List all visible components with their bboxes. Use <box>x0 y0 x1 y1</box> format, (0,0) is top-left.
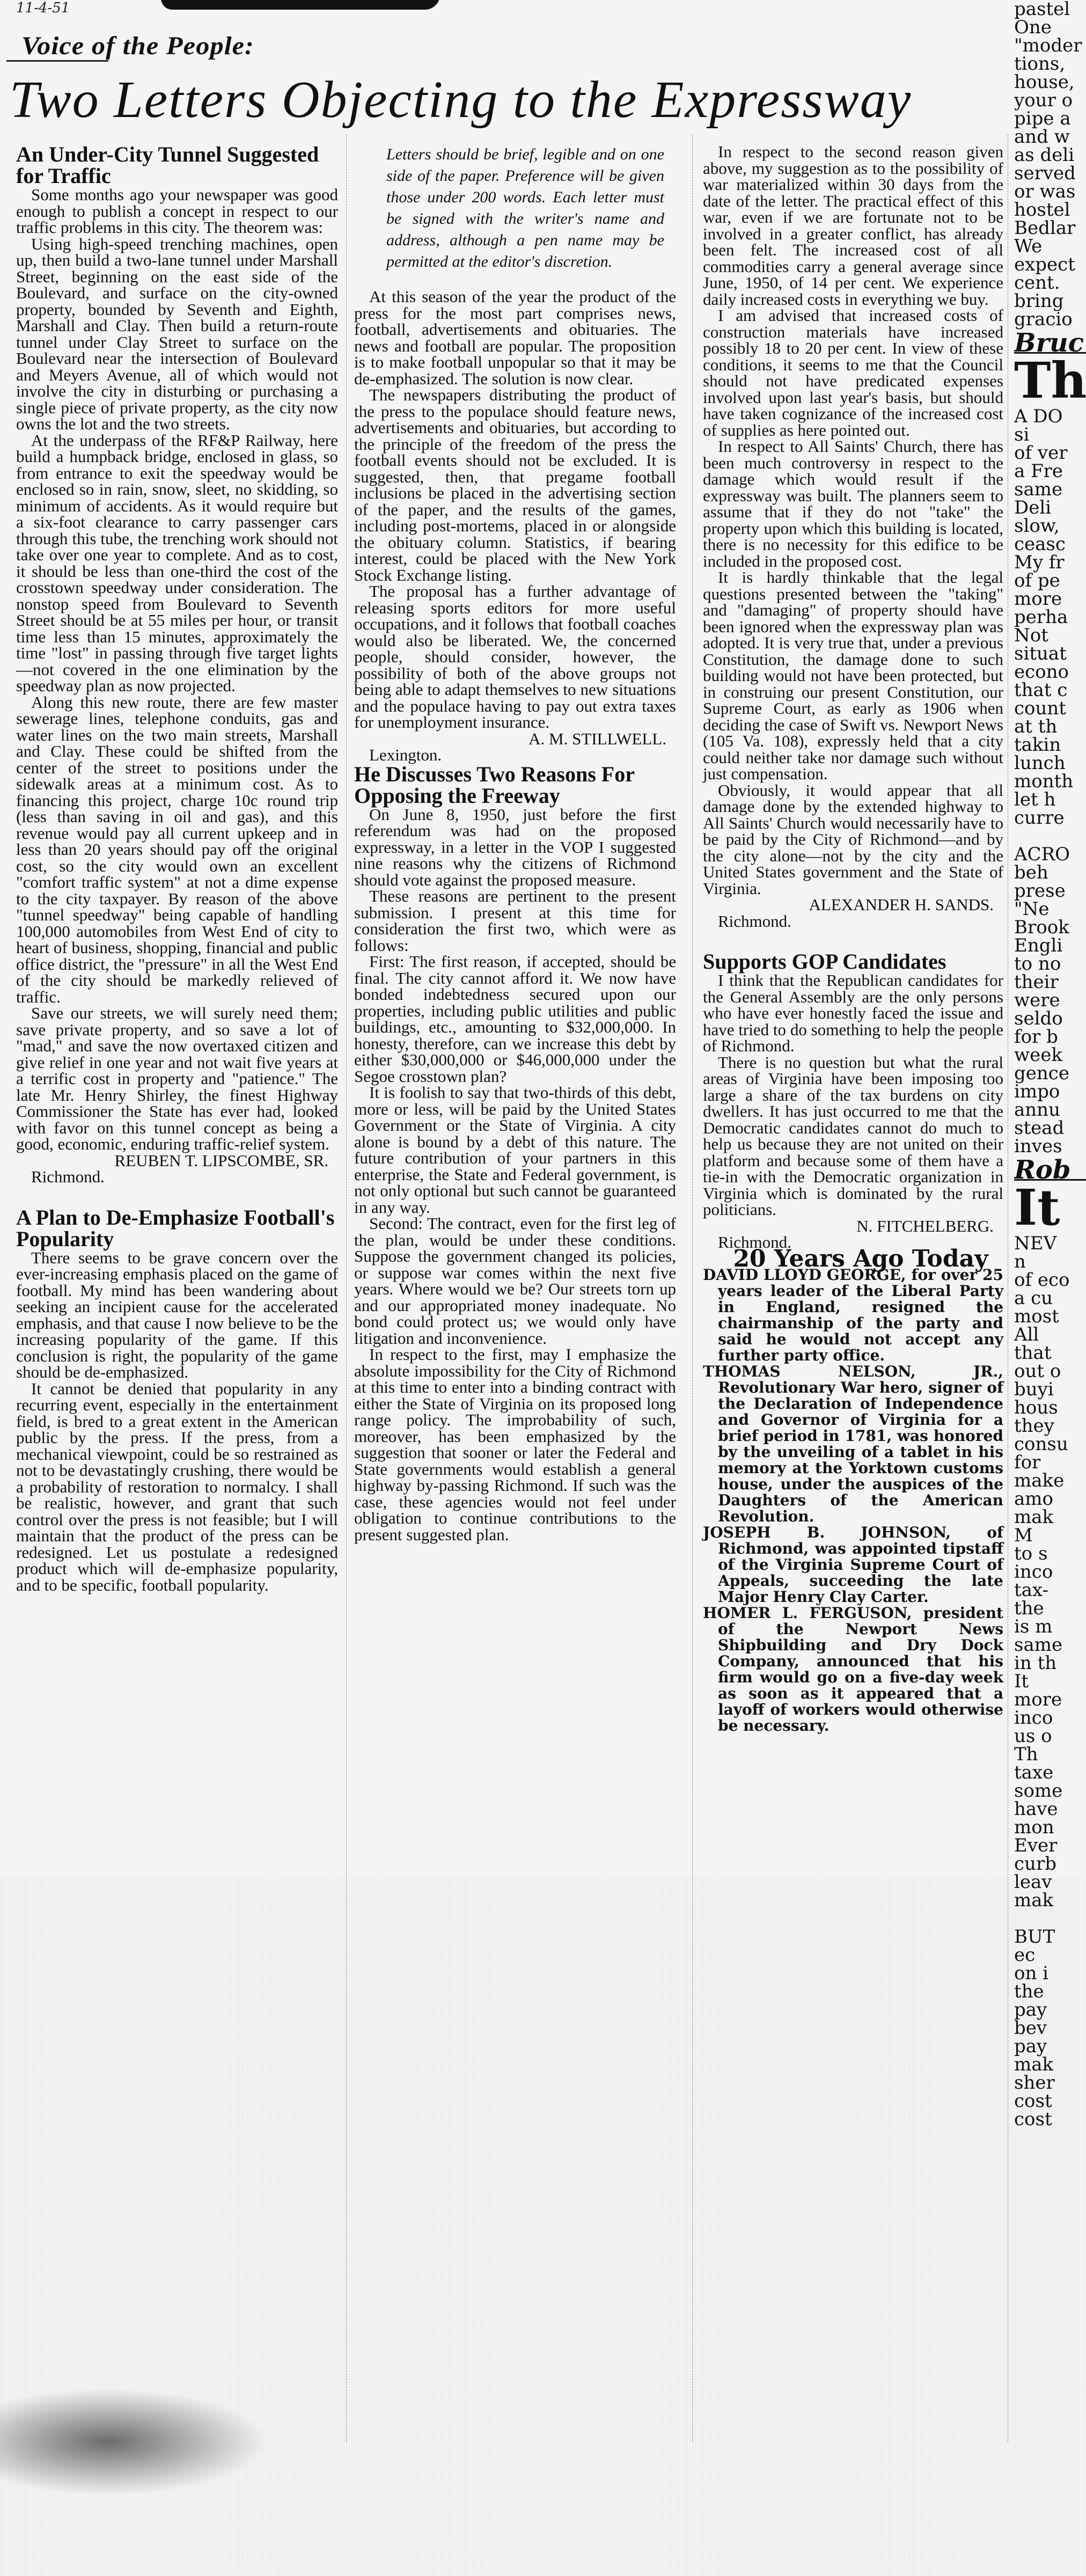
adjacent-text-line: "moder <box>1014 36 1086 55</box>
adjacent-text-line: M <box>1014 1526 1086 1545</box>
adjacent-text-line: slow, <box>1014 517 1086 535</box>
adjacent-text-line: to s <box>1014 1545 1086 1563</box>
adjacent-text-line: as deli <box>1014 146 1086 164</box>
letter-paragraph: In respect to the first, may I emphasize… <box>354 1346 676 1543</box>
history-item: David Lloyd George, for over 25 years le… <box>703 1267 1003 1364</box>
letter-heading: A Plan to De-Emphasize Football's Popula… <box>16 1207 338 1250</box>
adjacent-text-line: bev <box>1014 2019 1086 2037</box>
letter-place: Richmond. <box>703 913 1003 930</box>
adjacent-text-line: cost <box>1014 2092 1086 2110</box>
adjacent-text-line <box>1014 827 1086 845</box>
history-item-text: Revolutionary War hero, signer of the De… <box>718 1379 1003 1525</box>
adjacent-text-line: Brook <box>1014 918 1086 936</box>
adjacent-text-line: inves <box>1014 1137 1086 1155</box>
adjacent-text-line: NEV <box>1014 1234 1086 1253</box>
adjacent-text-line: bring <box>1014 292 1086 310</box>
adjacent-text-line: We <box>1014 237 1086 255</box>
adjacent-text-line: taxe <box>1014 1763 1086 1782</box>
adjacent-text-line: pay <box>1014 2037 1086 2055</box>
adjacent-text-line: econo <box>1014 663 1086 681</box>
adjacent-text-line: on i <box>1014 1964 1086 1982</box>
adjacent-text-line: It <box>1014 1672 1086 1690</box>
adjacent-text-line: to no <box>1014 955 1086 973</box>
letter-paragraph: I am advised that increased costs of con… <box>703 308 1003 438</box>
letter-football: A Plan to De-Emphasize Football's Popula… <box>16 1207 338 1594</box>
adjacent-text-line: pipe a <box>1014 109 1086 128</box>
editor-note: Letters should be brief, legible and on … <box>354 144 676 289</box>
letter-paragraph: First: The first reason, if accepted, sh… <box>354 954 676 1085</box>
history-item: Joseph B. Johnson, of Richmond, was appo… <box>703 1525 1003 1605</box>
adjacent-text-line: Ever <box>1014 1836 1086 1855</box>
adjacent-text-line: seldo <box>1014 1009 1086 1028</box>
adjacent-text-line: cost <box>1014 2110 1086 2128</box>
adjacent-text-line: ec <box>1014 1946 1086 1964</box>
adjacent-text-line: that <box>1014 1344 1086 1362</box>
column-1: An Under-City Tunnel Suggested for Traff… <box>16 144 338 1593</box>
adjacent-text-line: the <box>1014 1982 1086 2001</box>
adjacent-text-line: let h <box>1014 791 1086 809</box>
adjacent-text-line: consu <box>1014 1435 1086 1453</box>
adjacent-text-line: in th <box>1014 1654 1086 1672</box>
letter-place: Lexington. <box>354 747 676 764</box>
adjacent-text-line: Th <box>1014 1745 1086 1763</box>
adjacent-text-line: us o <box>1014 1727 1086 1745</box>
adjacent-text-line: Engli <box>1014 936 1086 955</box>
adjacent-text-line: impo <box>1014 1082 1086 1101</box>
adjacent-text-line: hostel <box>1014 201 1086 219</box>
adjacent-text-line: gracio <box>1014 310 1086 328</box>
adjacent-text-line: make <box>1014 1472 1086 1490</box>
adjacent-text-line: si <box>1014 426 1086 444</box>
adjacent-text-line: for b <box>1014 1028 1086 1046</box>
adjacent-text-line: curre <box>1014 809 1086 827</box>
adjacent-text-line: A DO <box>1014 407 1086 426</box>
adjacent-text-line: is m <box>1014 1618 1086 1636</box>
letter-paragraph: Save our streets, we will surely need th… <box>16 1005 338 1153</box>
page-headline: Two Letters Objecting to the Expressway <box>10 70 912 130</box>
adjacent-text-line: or was <box>1014 182 1086 201</box>
history-item-lead: David Lloyd George, <box>703 1266 906 1284</box>
adjacent-text-line: inco <box>1014 1709 1086 1727</box>
letter-signature: REUBEN T. LIPSCOMBE, SR. <box>16 1153 338 1169</box>
letter-paragraph: Along this new route, there are few mast… <box>16 694 338 1006</box>
adjacent-text-line: a cu <box>1014 1289 1086 1307</box>
letter-paragraph: There seems to be grave concern over the… <box>16 1250 338 1381</box>
adjacent-text-line: prese <box>1014 882 1086 900</box>
adjacent-section-title: Th <box>1014 354 1086 407</box>
adjacent-text-line: buyi <box>1014 1380 1086 1399</box>
letter-paragraph: At this season of the year the product o… <box>354 289 676 387</box>
adjacent-text-line: count <box>1014 699 1086 718</box>
adjacent-text-line: perha <box>1014 608 1086 626</box>
ink-smudge <box>0 2388 268 2495</box>
history-item-lead: Thomas Nelson, Jr., <box>703 1363 1003 1380</box>
adjacent-text-line: month <box>1014 772 1086 791</box>
letter-heading: He Discusses Two Reasons For Opposing th… <box>354 764 676 807</box>
adjacent-text-line: My fr <box>1014 553 1086 572</box>
adjacent-text-line: of eco <box>1014 1271 1086 1289</box>
letter-paragraph: The proposal has a further advantage of … <box>354 583 676 731</box>
letter-paragraph: Obviously, it would appear that all dama… <box>703 782 1003 897</box>
date-mark: 11-4-51 <box>16 0 70 16</box>
history-item-lead: Homer L. Ferguson, <box>703 1604 912 1622</box>
adjacent-text-line: leav <box>1014 1873 1086 1891</box>
letter-heading: An Under-City Tunnel Suggested for Traff… <box>16 144 338 187</box>
masthead-rule <box>6 60 108 62</box>
letter-paragraph: These reasons are pertinent to the prese… <box>354 888 676 954</box>
adjacent-text-line: same <box>1014 1636 1086 1654</box>
adjacent-text-line: week <box>1014 1046 1086 1064</box>
twenty-years-heading: 20 Years Ago Today <box>703 1251 1003 1268</box>
adjacent-text-line: and w <box>1014 128 1086 146</box>
adjacent-text-line: beh <box>1014 863 1086 882</box>
adjacent-text-line: mak <box>1014 2055 1086 2074</box>
letter-paragraph: I think that the Republican candidates f… <box>703 972 1003 1055</box>
section-masthead: Voice of the People: <box>21 31 254 61</box>
adjacent-text-line: served <box>1014 164 1086 182</box>
adjacent-text-line: tions, <box>1014 55 1086 73</box>
letter-paragraph: It is foolish to say that two-thirds of … <box>354 1085 676 1216</box>
history-item-lead: Joseph B. Johnson, <box>703 1524 951 1541</box>
adjacent-text-line: expect <box>1014 255 1086 274</box>
adjacent-text-line: tax- <box>1014 1581 1086 1599</box>
adjacent-text-line: of ver <box>1014 444 1086 462</box>
adjacent-text-line <box>1014 1909 1086 1928</box>
column-divider <box>346 134 347 2442</box>
column-divider <box>1008 134 1009 2442</box>
adjacent-text-line: more <box>1014 1690 1086 1709</box>
adjacent-text-line: the <box>1014 1599 1086 1618</box>
adjacent-text-line: mon <box>1014 1818 1086 1836</box>
letter-paragraph: Some months ago your newspaper was good … <box>16 187 338 236</box>
adjacent-text-line: that c <box>1014 681 1086 699</box>
column-2: Letters should be brief, legible and on … <box>354 144 676 1543</box>
adjacent-text-line: takin <box>1014 736 1086 754</box>
newspaper-page: 11-4-51 Voice of the People: Two Letters… <box>0 0 1086 2576</box>
letter-paragraph: In respect to the second reason given ab… <box>703 144 1003 308</box>
letter-gop: Supports GOP Candidates I think that the… <box>703 951 1003 1251</box>
history-item: Homer L. Ferguson, president of the Newp… <box>703 1605 1003 1734</box>
adjacent-column-cropped: pastelOne"modertions,house,your opipe aa… <box>1014 0 1086 2128</box>
column-3: In respect to the second reason given ab… <box>703 144 1003 1734</box>
letter-paragraph: It is hardly thinkable that the legal qu… <box>703 569 1003 782</box>
letter-freeway: He Discusses Two Reasons For Opposing th… <box>354 764 676 1543</box>
adjacent-text-line: mak <box>1014 1508 1086 1526</box>
letter-paragraph: In respect to All Saints' Church, there … <box>703 438 1003 569</box>
adjacent-text-line: more <box>1014 590 1086 608</box>
adjacent-text-line: inco <box>1014 1563 1086 1581</box>
adjacent-text-line: Bedlar <box>1014 219 1086 237</box>
adjacent-text-line: house, <box>1014 73 1086 91</box>
adjacent-text-line: same <box>1014 480 1086 499</box>
adjacent-text-line: their <box>1014 973 1086 991</box>
adjacent-text-line: amo <box>1014 1490 1086 1508</box>
adjacent-text-line: lunch <box>1014 754 1086 772</box>
adjacent-text-line: hous <box>1014 1399 1086 1417</box>
adjacent-text-line: ceasc <box>1014 535 1086 553</box>
column-divider <box>692 134 693 2442</box>
adjacent-top-lines: pastelOne"modertions,house,your opipe aa… <box>1014 0 1086 328</box>
letter-paragraph: Second: The contract, even for the first… <box>354 1216 676 1346</box>
adjacent-text-line: curb <box>1014 1855 1086 1873</box>
adjacent-text-line: All <box>1014 1326 1086 1344</box>
adjacent-text-line: of pe <box>1014 572 1086 590</box>
adjacent-text-line: n <box>1014 1253 1086 1271</box>
adjacent-text-line: annu <box>1014 1101 1086 1119</box>
adjacent-section-kicker: Bruc <box>1014 334 1086 354</box>
adjacent-text-line: stead <box>1014 1119 1086 1137</box>
adjacent-text-line: for <box>1014 1453 1086 1472</box>
adjacent-text-line: Not <box>1014 626 1086 645</box>
letter-tunnel: An Under-City Tunnel Suggested for Traff… <box>16 144 338 1185</box>
letter-paragraph: There is no question but what the rural … <box>703 1055 1003 1218</box>
letter-paragraph: The newspapers distributing the product … <box>354 387 676 583</box>
letter-paragraph: It cannot be denied that popularity in a… <box>16 1381 338 1594</box>
letter-paragraph: Using high-speed trenching machines, ope… <box>16 236 338 433</box>
adjacent-text-line: sher <box>1014 2074 1086 2092</box>
adjacent-text-line: most <box>1014 1307 1086 1326</box>
history-item-text: president of the Newport News Shipbuildi… <box>718 1604 1003 1735</box>
adjacent-text-line: One <box>1014 18 1086 36</box>
adjacent-text-line: pastel <box>1014 0 1086 18</box>
letter-place: Richmond. <box>16 1169 338 1185</box>
adjacent-text-line: they <box>1014 1417 1086 1435</box>
adjacent-text-line: at th <box>1014 718 1086 736</box>
adjacent-text-line: your o <box>1014 91 1086 109</box>
adjacent-text-line: out o <box>1014 1362 1086 1380</box>
adjacent-text-line: pay <box>1014 2001 1086 2019</box>
adjacent-text-line: were <box>1014 991 1086 1009</box>
adjacent-text-line: BUT <box>1014 1928 1086 1946</box>
letter-signature: ALEXANDER H. SANDS. <box>703 897 1003 913</box>
adjacent-text-line: Deli <box>1014 499 1086 517</box>
adjacent-text-line: some <box>1014 1782 1086 1800</box>
letter-paragraph: At the underpass of the RF&P Railway, he… <box>16 433 338 694</box>
adjacent-text-line: "Ne <box>1014 900 1086 918</box>
adjacent-text-line: a Fre <box>1014 462 1086 480</box>
adjacent-text-line: have <box>1014 1800 1086 1818</box>
twenty-years-ago: 20 Years Ago Today David Lloyd George, f… <box>703 1251 1003 1735</box>
letter-signature: N. FITCHELBERG. <box>703 1218 1003 1235</box>
history-item: Thomas Nelson, Jr., Revolutionary War he… <box>703 1364 1003 1525</box>
adjacent-text-line: situat <box>1014 645 1086 663</box>
adjacent-section-lines: A DOsiof vera FresameDelislow,ceascMy fr… <box>1014 407 1086 1155</box>
adjacent-section-title: It <box>1014 1181 1086 1234</box>
adjacent-text-line: ACRO <box>1014 845 1086 863</box>
adjacent-text-line: mak <box>1014 1891 1086 1909</box>
adjacent-text-line: cent. <box>1014 274 1086 292</box>
adjacent-text-line: gence <box>1014 1064 1086 1082</box>
letter-signature: A. M. STILLWELL. <box>354 731 676 748</box>
adjacent-section-kicker: Rob <box>1014 1161 1086 1181</box>
adjacent-section-lines: NEVnof ecoa cumostAllthatout obuyihousth… <box>1014 1234 1086 2128</box>
letter-heading: Supports GOP Candidates <box>703 951 1003 972</box>
letter-paragraph: On June 8, 1950, just before the first r… <box>354 807 676 889</box>
ink-blot <box>161 0 440 10</box>
